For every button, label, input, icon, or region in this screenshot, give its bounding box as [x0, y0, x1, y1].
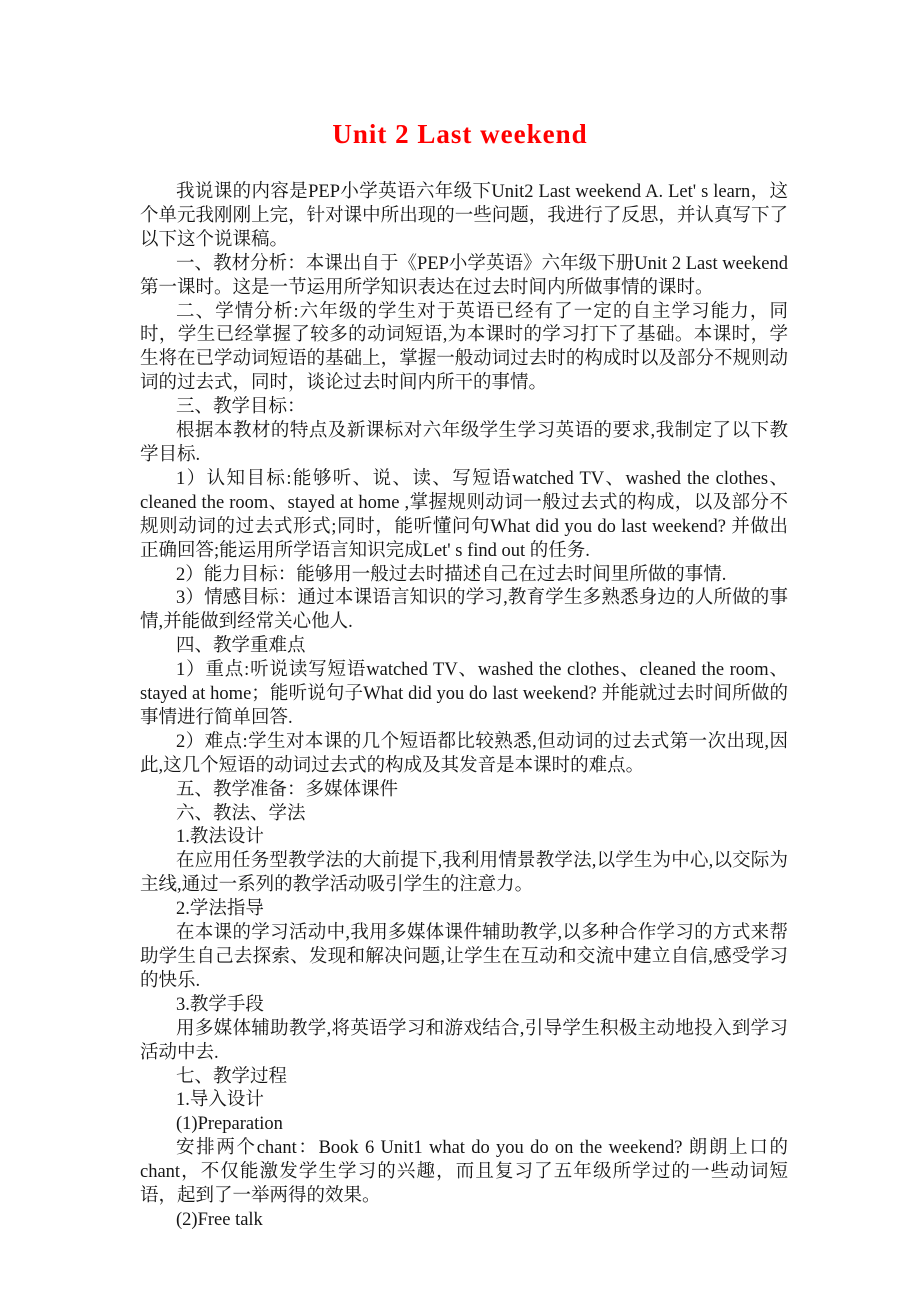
section-6-methods-heading: 六、教法、学法	[140, 803, 788, 827]
paragraph-lead-in-heading: 1.导入设计	[140, 1089, 788, 1113]
section-3-teaching-goals-heading: 三、教学目标：	[140, 396, 788, 420]
paragraph-ability-goal: 2）能力目标：能够用一般过去时描述自己在过去时间里所做的事情.	[140, 564, 788, 588]
document-title: Unit 2 Last weekend	[0, 0, 920, 151]
paragraph-chant: 安排两个chant：Book 6 Unit1 what do you do on…	[140, 1137, 788, 1209]
paragraph-teaching-method: 在应用任务型教学法的大前提下,我利用情景教学法,以学生为中心,以交际为主线,通过…	[140, 850, 788, 898]
paragraph-teaching-means-heading: 3.教学手段	[140, 994, 788, 1018]
section-5-preparation: 五、教学准备：多媒体课件	[140, 779, 788, 803]
paragraph-cognitive-goal: 1）认知目标:能够听、说、读、写短语watched TV、washed the …	[140, 468, 788, 564]
paragraph-key-point: 1）重点:听说读写短语watched TV、washed the clothes…	[140, 659, 788, 731]
paragraph-teaching-method-heading: 1.教法设计	[140, 826, 788, 850]
paragraph-difficult-point: 2）难点:学生对本课的几个短语都比较熟悉,但动词的过去式第一次出现,因此,这几个…	[140, 731, 788, 779]
paragraph-teaching-means: 用多媒体辅助教学,将英语学习和游戏结合,引导学生积极主动地投入到学习活动中去.	[140, 1018, 788, 1066]
section-7-process-heading: 七、教学过程	[140, 1066, 788, 1090]
section-4-key-points-heading: 四、教学重难点	[140, 635, 788, 659]
paragraph-learning-method: 在本课的学习活动中,我用多媒体课件辅助教学,以多种合作学习的方式来帮助学生自己去…	[140, 922, 788, 994]
paragraph-intro: 我说课的内容是PEP小学英语六年级下Unit2 Last weekend A. …	[140, 181, 788, 253]
document-body: 我说课的内容是PEP小学英语六年级下Unit2 Last weekend A. …	[140, 181, 788, 1233]
paragraph-learning-method-heading: 2.学法指导	[140, 898, 788, 922]
section-2-student-analysis: 二、学情分析:六年级的学生对于英语已经有了一定的自主学习能力，同时，学生已经掌握…	[140, 301, 788, 397]
paragraph-emotion-goal: 3）情感目标：通过本课语言知识的学习,教育学生多熟悉身边的人所做的事情,并能做到…	[140, 587, 788, 635]
section-1-material-analysis: 一、教材分析：本课出自于《PEP小学英语》六年级下册Unit 2 Last we…	[140, 253, 788, 301]
document-page: Unit 2 Last weekend 我说课的内容是PEP小学英语六年级下Un…	[0, 0, 920, 1302]
paragraph-free-talk-label: (2)Free talk	[140, 1209, 788, 1233]
paragraph-goals-intro: 根据本教材的特点及新课标对六年级学生学习英语的要求,我制定了以下教学目标.	[140, 420, 788, 468]
paragraph-preparation-label: (1)Preparation	[140, 1113, 788, 1137]
